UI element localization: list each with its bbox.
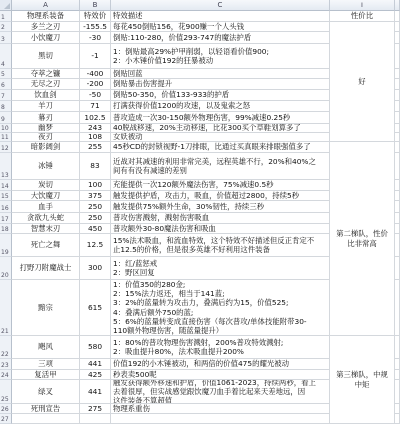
cell-c[interactable]: 物理系重伤 [111, 404, 330, 414]
row-header[interactable]: 6 [0, 79, 12, 90]
cell-e[interactable] [395, 180, 400, 191]
cell-a[interactable]: 复活甲 [12, 370, 80, 380]
row-header[interactable]: 19 [0, 234, 12, 257]
cell-b[interactable]: 441 [80, 359, 111, 370]
cell-text-b: 441 [88, 359, 102, 368]
cell-e[interactable] [395, 142, 400, 153]
row-header[interactable]: 2 [0, 22, 12, 32]
row-header[interactable]: 11 [0, 133, 12, 142]
cell-text-a: 复活甲 [34, 370, 56, 379]
cell-text-a: 黯宗 [38, 303, 53, 312]
cell-c[interactable]: 触发获得额外移速和护盾，价值1061-2023，持续两秒，看上 去着很厚，但实战… [111, 380, 330, 404]
cell-text-a: 夺萃之镰 [31, 69, 61, 78]
cell-text-b: 250 [88, 213, 102, 222]
cell-text-c: 普攻造成一次30-150额外物理伤害，99%减速0.25秒 [113, 113, 290, 122]
cell-text-b: -400 [87, 69, 104, 78]
cell-text-b: -155.5 [83, 22, 107, 31]
cell-e[interactable] [395, 414, 400, 424]
cell-c[interactable]: 1：价值350的280金; 2：15%法力返还，相当于141蓝; 3：2%的蓝量… [111, 280, 330, 336]
cell-c[interactable]: 普攻造成一次30-150额外物理伤害，99%减速0.25秒 [111, 112, 330, 124]
cell-a[interactable]: 无尽之刃 [12, 79, 80, 90]
cell-c[interactable]: 1：红/蓝惩戒 2：野区回复 [111, 257, 330, 280]
header-cell-d[interactable]: 性价比 [330, 11, 395, 22]
column-header-d[interactable]: I [330, 0, 395, 11]
cell-text-a: 贪欲九头蛇 [27, 213, 64, 222]
cell-text-b: 102.5 [84, 113, 105, 122]
cell-text-c: 触发提供护盾，攻击力，吸血，价值超过2800，持续5秒 [113, 191, 299, 200]
cell-e[interactable] [395, 79, 400, 90]
cell-b[interactable]: 83 [80, 153, 111, 180]
cell-text-c: 1：价值350的280金; 2：15%法力返还，相当于141蓝; 3：2%的蓝量… [113, 280, 307, 335]
cell-a[interactable]: 绿叉 [12, 380, 80, 404]
cell-c[interactable]: 15%法术吸血，和流血特效，这个特效不好描述但反正肯定不 止12.5的价格，但是… [111, 234, 330, 257]
cell-c[interactable]: 近战对其减速的利用非常完美，远程英雄不行，20%和40%之 间有有没有减速的差别 [111, 153, 330, 180]
cell-text-b: 615 [88, 303, 102, 312]
cell-c[interactable]: 秒表卖500呢 [111, 370, 330, 380]
cell-text-a: 打野刀附魔战士 [20, 263, 72, 272]
cell-e[interactable] [395, 213, 400, 224]
cell-b[interactable]: 425 [80, 370, 111, 380]
cell-c[interactable]: 价值192的小木锤被动，和两倍的价值475的耀光被动 [111, 359, 330, 370]
cell-text-c: 倒贴50-350，价值133-933的护盾 [113, 90, 229, 99]
row-header[interactable]: 17 [0, 213, 12, 224]
cell-a[interactable]: 死刑宣告 [12, 404, 80, 414]
cell-text-a: 幕刃 [38, 113, 53, 122]
cell-e[interactable] [395, 11, 400, 22]
cell-b[interactable]: -155.5 [80, 22, 111, 32]
header-cell-c[interactable]: 特效描述 [111, 11, 330, 22]
cell-b[interactable]: 255 [80, 142, 111, 153]
row-header[interactable]: 12 [0, 142, 12, 153]
cell-e[interactable] [395, 44, 400, 69]
merged-rating-cell[interactable]: 好 [330, 22, 395, 142]
cell-b[interactable]: 243 [80, 124, 111, 133]
cell-text-c: 倒贴:110-280，价值293-747的魔法护盾 [113, 33, 251, 42]
column-header-e[interactable] [395, 0, 400, 11]
cell-c[interactable]: 触发提供75%额外生命，30%韧性，持续三秒 [111, 201, 330, 213]
cell-text-a: 黑切 [38, 51, 53, 60]
cell-e[interactable] [395, 224, 400, 234]
header-text-c: 特效描述 [113, 11, 143, 20]
cell-a[interactable]: 黯宗 [12, 280, 80, 336]
cell-e[interactable] [395, 336, 400, 359]
cell-a[interactable]: 死亡之舞 [12, 234, 80, 257]
merged-rating-cell[interactable]: 第三梯队，中规 中矩 [330, 336, 395, 424]
row-header[interactable]: 24 [0, 370, 12, 380]
header-cell-b[interactable]: 特效价 [80, 11, 111, 22]
cell-a[interactable]: 暗影阔剑 [12, 142, 80, 153]
cell-a[interactable]: 飓风 [12, 336, 80, 359]
cell-e[interactable] [395, 404, 400, 414]
cell-text-a: 冰锤 [38, 161, 53, 170]
cell-b[interactable]: -50 [80, 90, 111, 101]
rating-text: 第二梯队，性价 比非常高 [336, 229, 388, 247]
cell-b[interactable]: -200 [80, 79, 111, 90]
spreadsheet: A B C I 1物理系装备特效价特效描述2多兰之刃-155.5每花450倒贴1… [0, 0, 400, 424]
cell-b[interactable]: 615 [80, 280, 111, 336]
row-header[interactable]: 27 [0, 414, 12, 424]
cell-text-c: 秒表卖500呢 [113, 370, 157, 379]
cell-text-a: 小饮魔刀 [31, 33, 61, 42]
row-header[interactable]: 3 [0, 32, 12, 44]
cell-text-c: 1：红/蓝惩戒 2：野区回复 [113, 259, 157, 277]
cell-c[interactable]: 每花450倒贴156，花900赚一个人头钱 [111, 22, 330, 32]
cell-text-b: 375 [88, 191, 102, 200]
cell-e[interactable] [395, 112, 400, 124]
cell-text-b: -200 [87, 79, 104, 88]
cell-text-b: 83 [90, 161, 99, 170]
select-all-corner[interactable] [0, 0, 12, 11]
cell-text-b: 250 [88, 202, 102, 211]
cell-text-a: 炭切 [38, 180, 53, 189]
cell-e[interactable] [395, 370, 400, 380]
row-header[interactable]: 1 [0, 11, 12, 22]
column-header-b[interactable]: B [80, 0, 111, 11]
cell-text-c: 触发提供75%额外生命，30%韧性，持续三秒 [113, 202, 264, 211]
cell-b[interactable]: 580 [80, 336, 111, 359]
cell-text-c: 打满获得价值1200的攻速，以及鬼索之怒 [113, 101, 250, 110]
cell-c[interactable]: 打满获得价值1200的攻速，以及鬼索之怒 [111, 101, 330, 112]
row-header[interactable]: 22 [0, 336, 12, 359]
cell-text-b: 255 [88, 142, 102, 151]
cell-text-a: 大饮魔刀 [31, 191, 61, 200]
cell-b[interactable] [80, 414, 111, 424]
cell-text-b: 12.5 [87, 240, 103, 249]
cell-a[interactable]: 炭切 [12, 180, 80, 191]
cell-b[interactable]: 102.5 [80, 112, 111, 124]
row-header[interactable]: 16 [0, 201, 12, 213]
cell-text-a: 血手 [38, 202, 53, 211]
row-header[interactable]: 7 [0, 90, 12, 101]
cell-c[interactable]: 1：80%的普攻物理伤害溅射，200%普攻特效溅射; 2：吸血提升80%，法术吸… [111, 336, 330, 359]
cell-b[interactable]: 108 [80, 133, 111, 142]
row-header[interactable]: 21 [0, 280, 12, 336]
row-header[interactable]: 10 [0, 124, 12, 133]
cell-a[interactable]: 多兰之刃 [12, 22, 80, 32]
cell-a[interactable]: 羊刀 [12, 101, 80, 112]
cell-c[interactable]: 40脱战移速，20%主动移速，比花300买个草鞋划算多了 [111, 124, 330, 133]
cell-text-b: 425 [88, 370, 102, 379]
cell-a[interactable]: 黑切 [12, 44, 80, 69]
cell-a[interactable]: 大饮魔刀 [12, 191, 80, 201]
cell-text-b: -30 [89, 33, 101, 42]
cell-e[interactable] [395, 380, 400, 404]
cell-c[interactable]: 普攻额外30-80魔法伤害和吸血 [111, 224, 330, 234]
cell-e[interactable] [395, 32, 400, 44]
header-text-b: 特效价 [84, 11, 106, 20]
row-header[interactable]: 18 [0, 224, 12, 234]
cell-text-b: 71 [90, 101, 99, 110]
cell-text-b: 108 [88, 133, 102, 142]
row-header[interactable]: 14 [0, 180, 12, 191]
cell-e[interactable] [395, 90, 400, 101]
cell-b[interactable]: 100 [80, 180, 111, 191]
cell-text-c: 15%法术吸血，和流血特效，这个特效不好描述但反正肯定不 止12.5的价格，但是… [113, 236, 314, 254]
cell-text-a: 暗影阔剑 [31, 142, 61, 151]
cell-b[interactable]: -1 [80, 44, 111, 69]
cell-a[interactable]: 贪欲九头蛇 [12, 213, 80, 224]
row-header[interactable]: 13 [0, 153, 12, 180]
cell-e[interactable] [395, 191, 400, 201]
cell-text-c: 每花450倒贴156，花900赚一个人头钱 [113, 22, 244, 31]
cell-a[interactable]: 小饮魔刀 [12, 32, 80, 44]
cell-c[interactable]: 倒贴50-350，价值133-933的护盾 [111, 90, 330, 101]
header-text-a: 物理系装备 [27, 11, 64, 20]
cell-text-a: 羊刀 [38, 101, 53, 110]
cell-b[interactable]: 71 [80, 101, 111, 112]
cell-text-b: -1 [91, 51, 98, 60]
cell-e[interactable] [395, 133, 400, 142]
cell-b[interactable]: -30 [80, 32, 111, 44]
cell-e[interactable] [395, 280, 400, 336]
cell-a[interactable]: 饮血剑 [12, 90, 80, 101]
row-header[interactable]: 20 [0, 257, 12, 280]
cell-b[interactable]: 450 [80, 224, 111, 234]
cell-text-c: 45秒CD的封锁视野-1刀排眼，比通过买真眼来排眼强值多了 [113, 142, 311, 151]
cell-e[interactable] [395, 153, 400, 180]
cell-text-a: 多兰之刃 [31, 22, 61, 31]
cell-b[interactable]: 250 [80, 201, 111, 213]
cell-text-b: 441 [88, 387, 102, 396]
cell-c[interactable]: 女妖被动 [111, 133, 330, 142]
cell-text-c: 1：倒贴最高29%护甲削弱，以轻语看价值900; 2：小木锤价值192的狂暴被动 [113, 47, 269, 65]
cell-c[interactable]: 45秒CD的封锁视野-1刀排眼，比通过买真眼来排眼强值多了 [111, 142, 330, 153]
cell-a[interactable]: 冰锤 [12, 153, 80, 180]
cell-text-c: 倒贴回蓝 [113, 69, 143, 78]
cell-c[interactable]: 倒贴回蓝 [111, 69, 330, 79]
cell-text-b: -50 [89, 90, 101, 99]
cell-e[interactable] [395, 69, 400, 79]
cell-c[interactable]: 充能提供一次120额外魔法伤害，75%减速0.5秒 [111, 180, 330, 191]
cell-text-c: 近战对其减速的利用非常完美，远程英雄不行，20%和40%之 间有有没有减速的差别 [113, 157, 316, 175]
cell-b[interactable]: 300 [80, 257, 111, 280]
row-header[interactable]: 8 [0, 101, 12, 112]
cell-text-a: 夜刃 [38, 133, 53, 142]
cell-a[interactable]: 三项 [12, 359, 80, 370]
cell-text-c: 价值192的小木锤被动，和两倍的价值475的耀光被动 [113, 359, 289, 368]
cell-text-a: 智慧末刃 [31, 224, 61, 233]
cell-text-a: 死刑宣告 [31, 404, 61, 413]
cell-b[interactable]: 250 [80, 213, 111, 224]
cell-text-a: 绿叉 [38, 387, 53, 396]
cell-text-a: 饮血剑 [34, 90, 56, 99]
cell-b[interactable]: 12.5 [80, 234, 111, 257]
cell-text-a: 飓风 [38, 342, 53, 351]
cell-a[interactable] [12, 414, 80, 424]
row-header[interactable]: 23 [0, 359, 12, 370]
cell-c[interactable]: 倒贴暴击伤害提升 [111, 79, 330, 90]
cell-text-b: 300 [88, 263, 102, 272]
cell-text-c: 普攻伤害溅射，溅射伤害吸血 [113, 213, 209, 222]
cell-text-c: 女妖被动 [113, 133, 143, 142]
cell-a[interactable]: 夜刃 [12, 133, 80, 142]
cell-e[interactable] [395, 124, 400, 133]
cell-text-b: 243 [88, 124, 102, 133]
cell-e[interactable] [395, 22, 400, 32]
cell-text-b: 275 [88, 404, 102, 413]
row-header[interactable]: 25 [0, 380, 12, 404]
cell-text-c: 40脱战移速，20%主动移速，比花300买个草鞋划算多了 [113, 124, 301, 133]
merged-rating-cell[interactable]: 第二梯队，性价 比非常高 [330, 142, 395, 336]
cell-b[interactable]: 375 [80, 191, 111, 201]
cell-e[interactable] [395, 101, 400, 112]
cell-text-a: 三项 [38, 359, 53, 368]
row-header[interactable]: 5 [0, 69, 12, 79]
cell-text-c: 倒贴暴击伤害提升 [113, 79, 172, 88]
cell-a[interactable]: 夺萃之镰 [12, 69, 80, 79]
cell-e[interactable] [395, 201, 400, 213]
cell-c[interactable]: 普攻伤害溅射，溅射伤害吸血 [111, 213, 330, 224]
row-header[interactable]: 15 [0, 191, 12, 201]
cell-text-b: 100 [88, 180, 102, 189]
cell-c[interactable]: 触发提供护盾，攻击力，吸血，价值超过2800，持续5秒 [111, 191, 330, 201]
header-cell-a[interactable]: 物理系装备 [12, 11, 80, 22]
cell-e[interactable] [395, 359, 400, 370]
cell-a[interactable]: 血手 [12, 201, 80, 213]
cell-c[interactable]: 倒贴:110-280，价值293-747的魔法护盾 [111, 32, 330, 44]
column-header-c[interactable]: C [111, 0, 330, 11]
cell-text-c: 1：80%的普攻物理伤害溅射，200%普攻特效溅射; 2：吸血提升80%，法术吸… [113, 338, 283, 356]
cell-text-a: 无尽之刃 [31, 79, 61, 88]
cell-text-a: 死亡之舞 [31, 240, 61, 249]
cell-b[interactable]: 441 [80, 380, 111, 404]
rating-text: 好 [358, 77, 365, 86]
cell-text-a: 幽梦 [38, 124, 53, 133]
cell-text-c: 物理系重伤 [113, 404, 150, 413]
cell-text-b: 450 [88, 224, 102, 233]
row-header[interactable]: 9 [0, 112, 12, 124]
cell-b[interactable]: -400 [80, 69, 111, 79]
cell-c[interactable] [111, 414, 330, 424]
cell-text-c: 充能提供一次120额外魔法伤害，75%减速0.5秒 [113, 180, 274, 189]
cell-e[interactable] [395, 257, 400, 280]
row-header[interactable]: 26 [0, 404, 12, 414]
rating-text: 第三梯队，中规 中矩 [336, 370, 388, 388]
cell-a[interactable]: 智慧末刃 [12, 224, 80, 234]
cell-a[interactable]: 打野刀附魔战士 [12, 257, 80, 280]
cell-text-c: 触发获得额外移速和护盾，价值1061-2023，持续两秒，看上 去着很厚，但实战… [113, 380, 316, 404]
cell-b[interactable]: 275 [80, 404, 111, 414]
column-header-a[interactable]: A [12, 0, 80, 11]
row-header[interactable]: 4 [0, 44, 12, 69]
cell-e[interactable] [395, 234, 400, 257]
header-text-d: 性价比 [351, 11, 373, 20]
cell-text-b: 580 [88, 342, 102, 351]
cell-a[interactable]: 幕刃 [12, 112, 80, 124]
cell-c[interactable]: 1：倒贴最高29%护甲削弱，以轻语看价值900; 2：小木锤价值192的狂暴被动 [111, 44, 330, 69]
cell-text-c: 普攻额外30-80魔法伤害和吸血 [113, 224, 216, 233]
cell-a[interactable]: 幽梦 [12, 124, 80, 133]
